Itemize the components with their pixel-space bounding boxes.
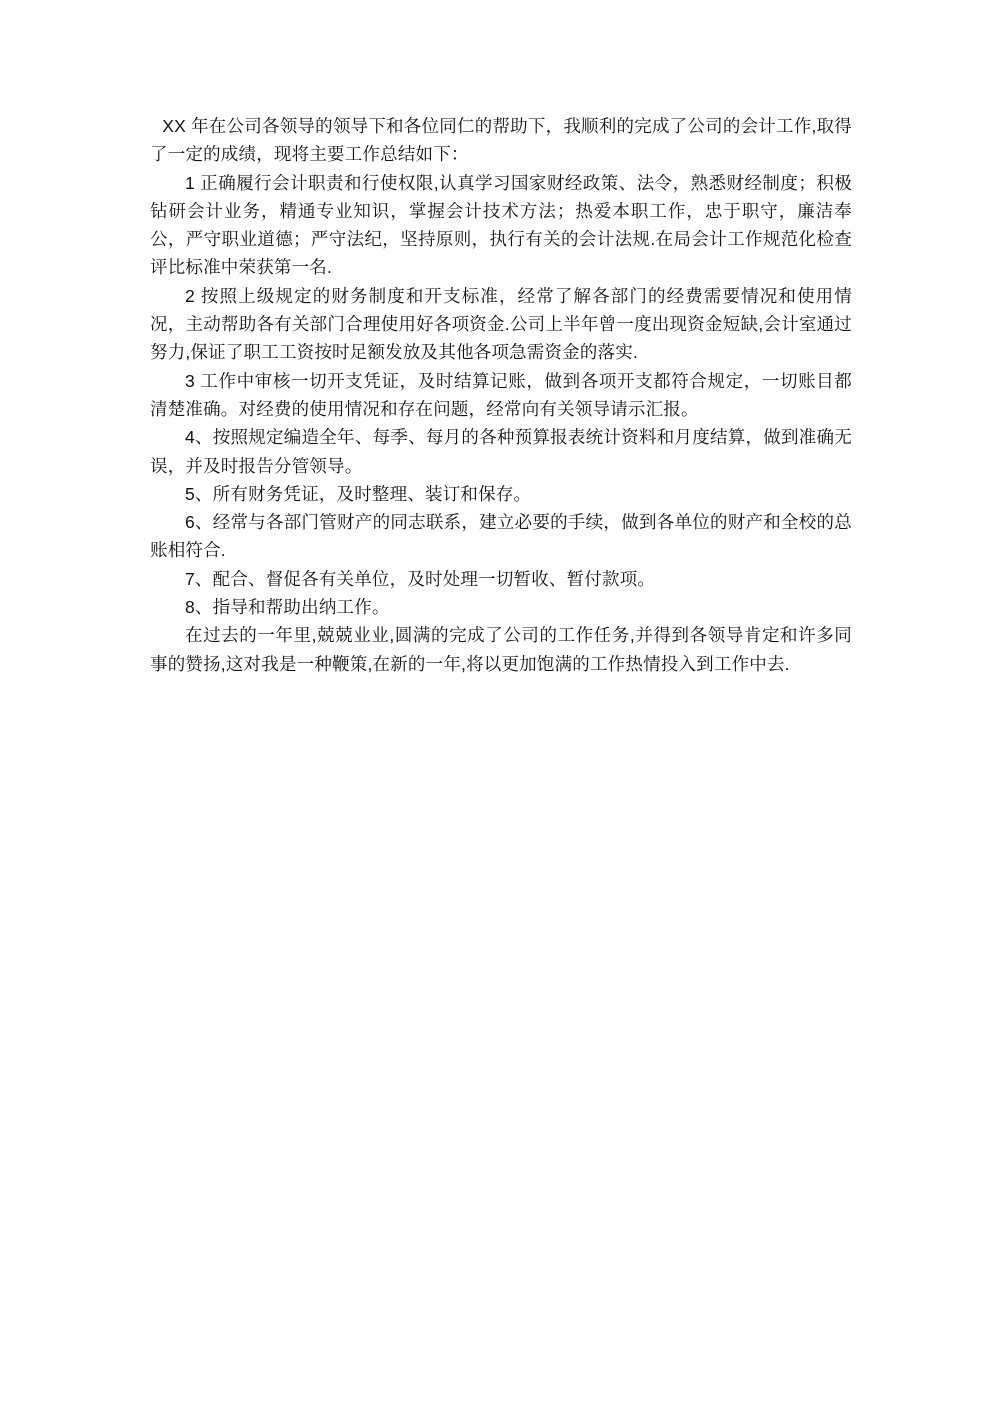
paragraph-point-6: 6、经常与各部门管财产的同志联系，建立必要的手续，做到各单位的财产和全校的总账相… [150, 508, 852, 565]
paragraph-closing: 在过去的一年里,兢兢业业,圆满的完成了公司的工作任务,并得到各领导肯定和许多同事… [150, 621, 852, 678]
paragraph-intro: XX 年在公司各领导的领导下和各位同仁的帮助下，我顺利的完成了公司的会计工作,取… [150, 112, 852, 169]
paragraph-point-2: 2 按照上级规定的财务制度和开支标准，经常了解各部门的经费需要情况和使用情况，主… [150, 282, 852, 367]
document-page: XX 年在公司各领导的领导下和各位同仁的帮助下，我顺利的完成了公司的会计工作,取… [0, 0, 1000, 1415]
paragraph-point-8: 8、指导和帮助出纳工作。 [150, 593, 852, 621]
paragraph-point-7: 7、配合、督促各有关单位，及时处理一切暂收、暂付款项。 [150, 565, 852, 593]
paragraph-point-4: 4、按照规定编造全年、每季、每月的各种预算报表统计资料和月度结算，做到准确无误，… [150, 423, 852, 480]
paragraph-point-3: 3 工作中审核一切开支凭证，及时结算记账，做到各项开支都符合规定，一切账目都清楚… [150, 367, 852, 424]
paragraph-point-5: 5、所有财务凭证，及时整理、装订和保存。 [150, 480, 852, 508]
document-body: XX 年在公司各领导的领导下和各位同仁的帮助下，我顺利的完成了公司的会计工作,取… [150, 112, 852, 678]
paragraph-point-1: 1 正确履行会计职责和行使权限,认真学习国家财经政策、法令，熟悉财经制度；积极钻… [150, 169, 852, 282]
